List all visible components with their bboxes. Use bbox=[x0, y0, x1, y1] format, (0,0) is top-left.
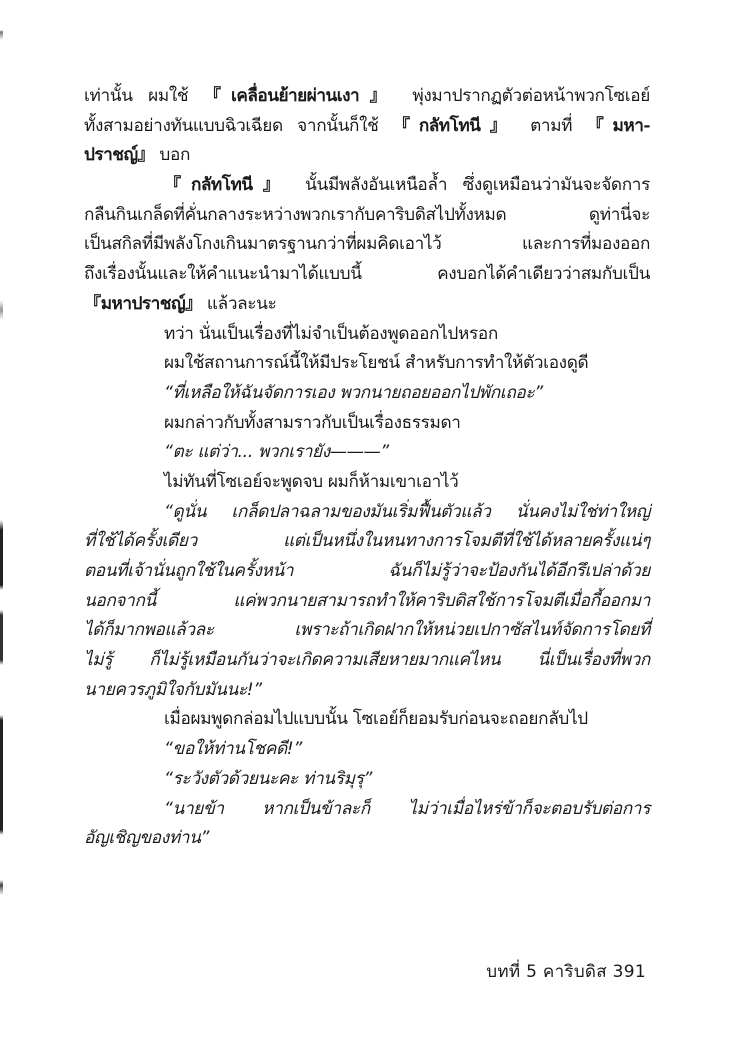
running-footer: บทที่ 5 คาริบดิส 391 bbox=[380, 958, 646, 985]
text-line: กลืนกินเกล็ดที่คั่นกลางระหว่างพวกเรากับค… bbox=[84, 201, 650, 231]
page-binding-shadow bbox=[0, 0, 3, 1051]
text-line: 『มหาปราชญ์』 แล้วละนะ bbox=[84, 290, 650, 320]
text-line: ทั้งสามอย่างทันแบบฉิวเฉียด จากนั้นก็ใช้ … bbox=[84, 112, 650, 142]
text-run: เท่านั้น ผมใช้ bbox=[84, 86, 204, 106]
dialogue-line: “ตะ แต่ว่า... พวกเรายัง———” bbox=[84, 438, 650, 468]
text-line: เท่านั้น ผมใช้ 『เคลื่อนย้ายผ่านเงา』 พุ่ง… bbox=[84, 82, 650, 112]
text-run: ตามที่ bbox=[516, 116, 587, 136]
text-line: ไม่ทันที่โซเอย์จะพูดจบ ผมก็ห้ามเขาเอาไว้ bbox=[84, 468, 650, 498]
dialogue-line: ที่ใช้ได้ครั้งเดียว แต่เป็นหนึ่งในหนทางก… bbox=[84, 527, 650, 557]
skill-name: 『กลัทโทนี』 bbox=[164, 175, 290, 195]
dialogue-line: ไม่รู้ ก็ไม่รู้เหมือนกันว่าจะเกิดความเสี… bbox=[84, 646, 650, 676]
skill-name: 『มหาปราชญ์』 bbox=[84, 294, 202, 314]
text-run: นั้นมีพลังอันเหนือล้ำ ซึ่งดูเหมือนว่ามัน… bbox=[290, 175, 650, 195]
text-line: ทว่า นั่นเป็นเรื่องที่ไม่จำเป็นต้องพูดออ… bbox=[84, 320, 650, 350]
dialogue-line: ตอนที่เจ้านั่นถูกใช้ในครั้งหน้า ฉันก็ไม่… bbox=[84, 557, 650, 587]
text-line: ผมใช้สถานการณ์นี้ให้มีประโยชน์ สำหรับการ… bbox=[84, 349, 650, 379]
text-line: ถึงเรื่องนั้นและให้คำแนะนำมาได้แบบนี้ คง… bbox=[84, 260, 650, 290]
dialogue-line: “ที่เหลือให้ฉันจัดการเอง พวกนายถอยออกไปพ… bbox=[84, 379, 650, 409]
skill-name: ปราชญ์』 bbox=[84, 145, 154, 165]
dialogue-line: ได้ก็มากพอแล้วละ เพราะถ้าเกิดฝากให้หน่วย… bbox=[84, 616, 650, 646]
text-run: พุ่งมาปรากฏตัวต่อหน้าพวกโซเอย์ bbox=[397, 86, 650, 106]
skill-name: 『มหา- bbox=[587, 116, 650, 136]
skill-name: 『กลัทโทนี』 bbox=[393, 116, 516, 136]
text-line: ปราชญ์』 บอก bbox=[84, 141, 650, 171]
text-run: บอก bbox=[154, 145, 190, 165]
text-run: ทั้งสามอย่างทันแบบฉิวเฉียด จากนั้นก็ใช้ bbox=[84, 116, 393, 136]
dialogue-line: “ขอให้ท่านโชคดี!” bbox=[84, 735, 650, 765]
text-line: เมื่อผมพูดกล่อมไปแบบนั้น โซเอย์ก็ยอมรับก… bbox=[84, 705, 650, 735]
dialogue-line: นายควรภูมิใจกับมันนะ!” bbox=[84, 676, 650, 706]
text-line: ผมกล่าวกับทั้งสามราวกับเป็นเรื่องธรรมดา bbox=[84, 409, 650, 439]
text-line: เป็นสกิลที่มีพลังโกงเกินมาตรฐานกว่าที่ผม… bbox=[84, 230, 650, 260]
skill-name: 『เคลื่อนย้ายผ่านเงา』 bbox=[204, 86, 397, 106]
text-line: 『กลัทโทนี』 นั้นมีพลังอันเหนือล้ำ ซึ่งดูเ… bbox=[84, 171, 650, 201]
book-page-body: เท่านั้น ผมใช้ 『เคลื่อนย้ายผ่านเงา』 พุ่ง… bbox=[84, 82, 650, 854]
text-run: แล้วละนะ bbox=[202, 294, 277, 314]
dialogue-line: “นายข้า หากเป็นข้าละก็ ไม่ว่าเมื่อไหร่ข้… bbox=[84, 795, 650, 825]
dialogue-line: อัญเชิญของท่าน” bbox=[84, 824, 650, 854]
dialogue-line: นอกจากนี้ แค่พวกนายสามารถทำให้คาริบดิสใช… bbox=[84, 587, 650, 617]
dialogue-line: “ระวังตัวด้วยนะคะ ท่านริมุรุ” bbox=[84, 765, 650, 795]
dialogue-line: “ดูนั่น เกล็ดปลาฉลามของมันเริ่มฟื้นตัวแล… bbox=[84, 498, 650, 528]
